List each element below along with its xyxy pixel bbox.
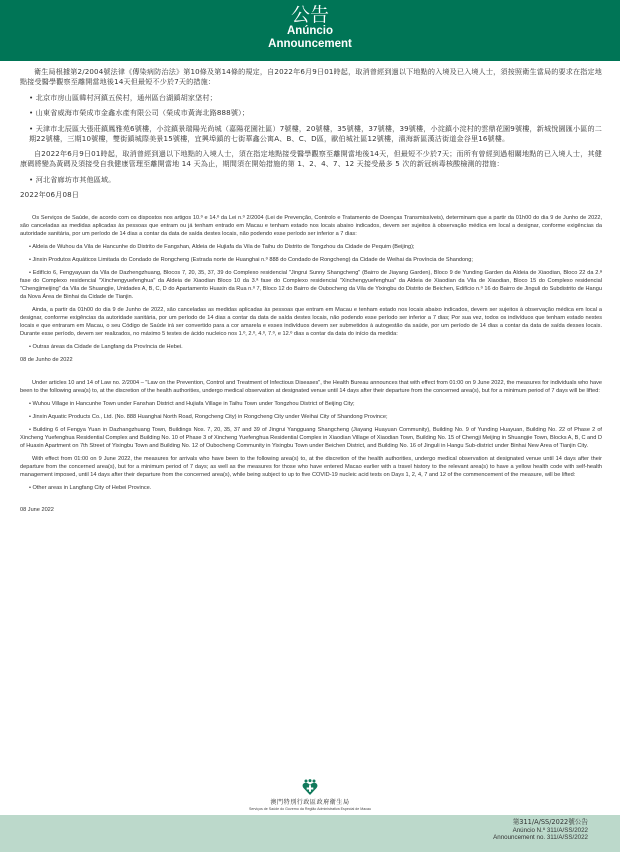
organization-name-pt: Serviços de Saúde do Governo da Região A… xyxy=(0,807,620,812)
en-bullet-4: • Other areas in Langfang City of Hebei … xyxy=(20,485,602,493)
zh-bullet-2: • 山東省威海市榮成市金鑫水產有限公司（榮成市黃海北路888號）； xyxy=(20,108,602,118)
zh-bullet-3: • 天津市北辰區大張莊鎮鳳雅苑6號樓，小淀鎮景瑞陽光尚城（嘉陽花園社區）7號樓，… xyxy=(20,124,602,144)
organization-name-zh: 澳門特別行政區政府衛生局 xyxy=(0,799,620,807)
en-paragraph-2: With effect from 01:00 on 9 June 2022, t… xyxy=(20,456,602,480)
en-bullet-2: • Jinxin Aquatic Products Co., Ltd. (No.… xyxy=(20,414,602,422)
en-intro: Under articles 10 and 14 of Law no. 2/20… xyxy=(20,380,602,396)
reference-zh: 第311/A/SS/2022號公告 xyxy=(493,819,588,827)
title-en: Announcement xyxy=(0,38,620,51)
announcement-header: 公告 Anúncio Announcement xyxy=(0,0,620,61)
health-bureau-heart-cross-icon xyxy=(302,779,318,796)
announcement-reference-bar: 第311/A/SS/2022號公告 Anúncio N.º 311/A/SS/2… xyxy=(0,815,620,852)
pt-bullet-4: • Outras áreas da Cidade de Langfang da … xyxy=(20,344,602,352)
organization-logo-block: 澳門特別行政區政府衛生局 Serviços de Saúde do Govern… xyxy=(0,779,620,812)
pt-bullet-3: • Edifício 6, Fengyayuan da Vila de Dazh… xyxy=(20,270,602,302)
title-zh: 公告 xyxy=(0,0,620,25)
english-section: Under articles 10 and 14 of Law no. 2/20… xyxy=(20,380,602,515)
pt-paragraph-2: Ainda, a partir da 01h00 do dia 9 de Jun… xyxy=(20,307,602,339)
chinese-section: 衛生局根據第2/2004號法律《傳染病防治法》第10條及第14條的規定，自202… xyxy=(20,67,602,200)
pt-bullet-2: • Jinxin Produtos Aquáticos Limitada do … xyxy=(20,257,602,265)
reference-en: Announcement no. 311/A/SS/2022 xyxy=(493,834,588,842)
portuguese-section: Os Serviços de Saúde, de acordo com os d… xyxy=(20,215,602,365)
pt-bullet-1: • Aldeia de Wuhou da Vila de Hancunhe do… xyxy=(20,244,602,252)
zh-date: 2022年06月08日 xyxy=(20,190,602,200)
reference-pt: Anúncio N.º 311/A/SS/2022 xyxy=(493,827,588,835)
en-bullet-1: • Wuhou Village in Hancunhe Town under F… xyxy=(20,401,602,409)
announcement-body: 衛生局根據第2/2004號法律《傳染病防治法》第10條及第14條的規定，自202… xyxy=(20,67,602,520)
zh-paragraph-2: 自2022年6月9日01時起，取消曾經到過以下地點的入境人士，須在指定地點接受醫… xyxy=(20,149,602,169)
zh-intro: 衛生局根據第2/2004號法律《傳染病防治法》第10條及第14條的規定，自202… xyxy=(20,67,602,87)
en-bullet-3: • Building 6 of Fengya Yuan in Dazhangzh… xyxy=(20,427,602,451)
pt-date: 08 de Junho de 2022 xyxy=(20,357,602,365)
title-pt: Anúncio xyxy=(0,25,620,38)
zh-bullet-1: • 北京市房山區韓村河鎮五侯村，通州區台湖鎮胡家垡村； xyxy=(20,93,602,103)
zh-bullet-4: • 河北省廊坊市其他區域。 xyxy=(20,175,602,185)
pt-intro: Os Serviços de Saúde, de acordo com os d… xyxy=(20,215,602,239)
reference-numbers: 第311/A/SS/2022號公告 Anúncio N.º 311/A/SS/2… xyxy=(493,819,588,842)
en-date: 08 June 2022 xyxy=(20,507,602,515)
